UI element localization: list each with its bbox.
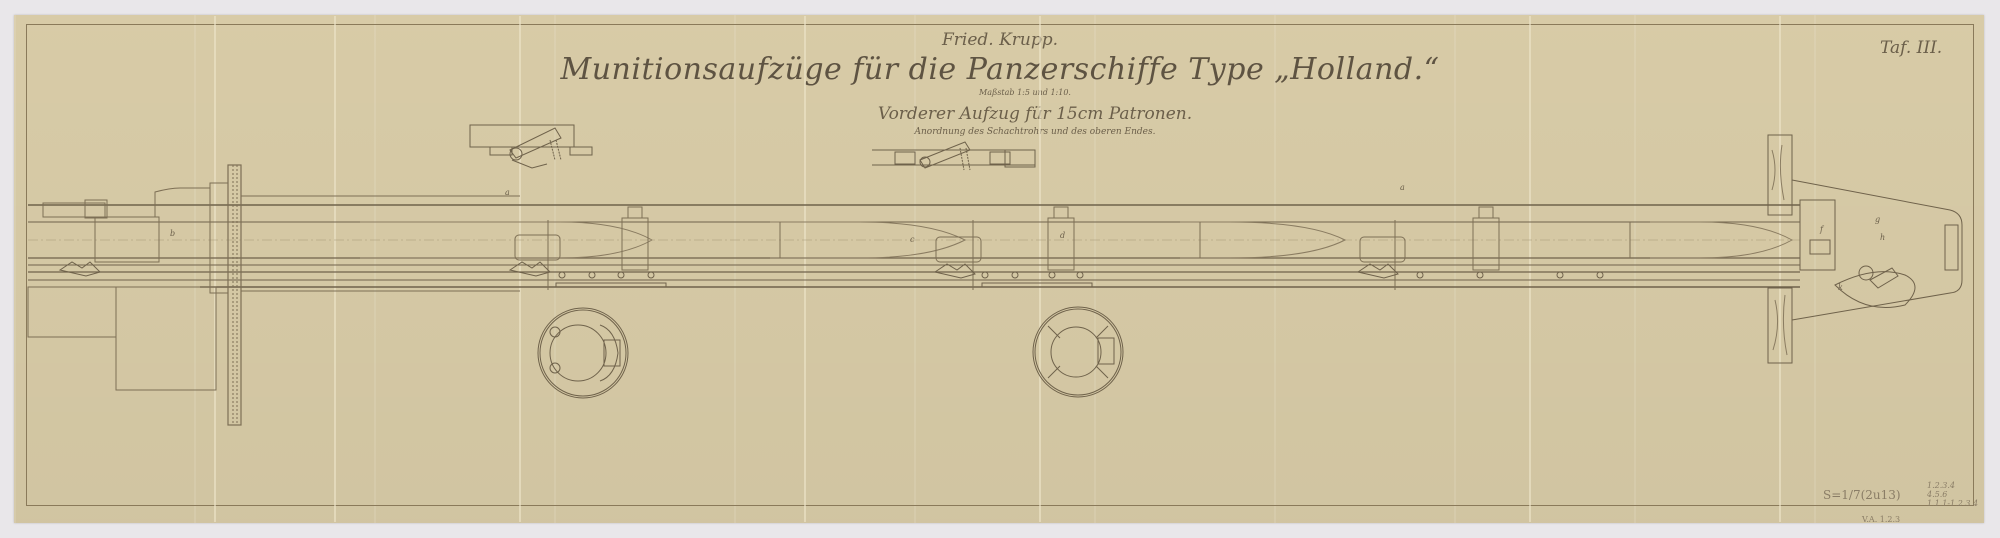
svg-text:d: d xyxy=(1060,231,1065,240)
main-shaft xyxy=(28,205,1800,287)
right-end-housing xyxy=(1768,135,1962,363)
lower-lock-detail xyxy=(872,142,1035,170)
carriers xyxy=(515,207,1630,290)
svg-text:b: b xyxy=(170,229,175,238)
cross-section-b xyxy=(1033,307,1123,397)
hoist-drawing: a a b c d f g h k xyxy=(0,0,2000,538)
svg-text:h: h xyxy=(1880,233,1885,242)
cross-section-a xyxy=(538,308,628,398)
locking-pawls xyxy=(60,262,1603,287)
svg-text:f: f xyxy=(1819,225,1825,234)
svg-text:a: a xyxy=(505,188,510,197)
svg-text:c: c xyxy=(910,235,915,244)
svg-text:k: k xyxy=(1838,283,1843,292)
fold-lines xyxy=(215,16,1780,522)
part-labels: a a b c d f g h k xyxy=(170,183,1885,292)
upper-lock-detail xyxy=(470,125,592,168)
svg-text:g: g xyxy=(1875,215,1880,224)
left-wall-section xyxy=(28,165,520,425)
svg-text:a: a xyxy=(1400,183,1405,192)
